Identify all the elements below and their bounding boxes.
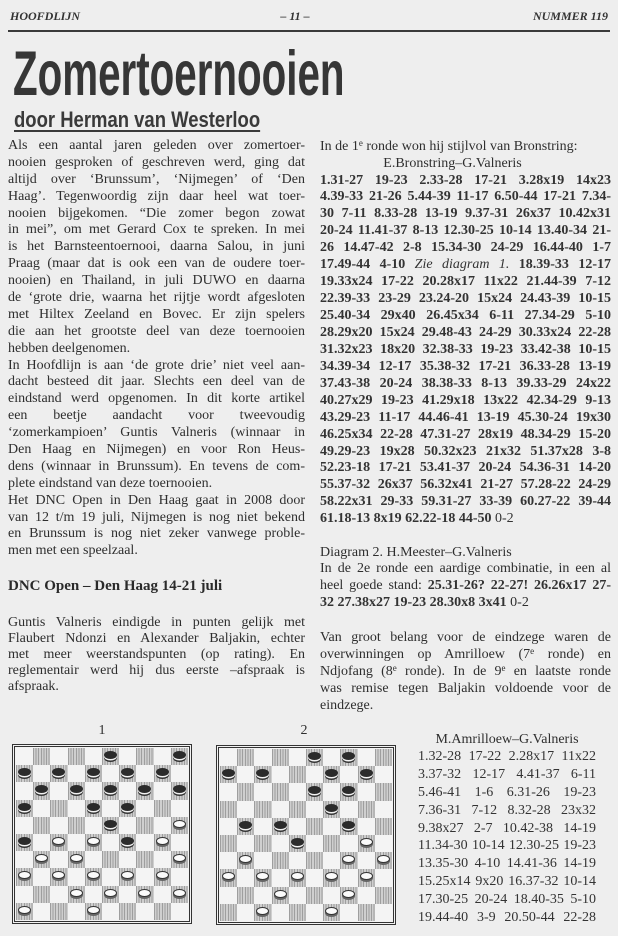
light-square <box>136 868 153 885</box>
move-cell: 2-7 <box>474 821 493 836</box>
dark-square <box>306 887 323 904</box>
white-piece <box>222 872 235 880</box>
light-square <box>102 800 119 817</box>
move-cell: 14-19 <box>563 821 596 836</box>
light-square <box>136 765 153 782</box>
light-square <box>50 851 67 868</box>
dark-square <box>289 904 306 921</box>
move-cell: 5-10 <box>570 892 596 907</box>
text-line: reglementair werd hij dus eerste –afspra… <box>8 663 305 679</box>
white-piece <box>274 890 287 898</box>
dark-square <box>33 782 50 799</box>
white-piece <box>360 838 373 846</box>
summary-paragraph: Van groot belang voor de eindzege waren … <box>320 629 611 714</box>
text-line: dacht besteed dit jaar. Slechts een deel… <box>8 374 305 391</box>
text-line: heel goede stand: 25.31-26? 22-27! 26.26… <box>320 578 611 595</box>
game2-moves-table: 1.32-28 17-22 2.28x17 11x22 3.37-32 12-1… <box>418 748 596 927</box>
move-cell: 18.40-35 <box>514 892 564 907</box>
dark-square <box>154 765 171 782</box>
game-result: 0-2 <box>507 595 529 610</box>
diagram-reference: Zie diagram 1. <box>415 257 510 272</box>
light-square <box>358 852 375 869</box>
light-square <box>119 851 136 868</box>
diagram-2-label: 2 <box>294 723 314 739</box>
article-byline: door Herman van Westerloo <box>14 109 260 131</box>
dark-square <box>171 851 188 868</box>
text-fragment: ronde). In de 9 <box>397 664 502 679</box>
light-square <box>154 782 171 799</box>
moves-line: 55.37-32 26x37 56.32x41 21-27 57.28-22 2… <box>320 477 611 494</box>
moves-fragment: 32 27.38x27 19-23 28.30x8 3x41 <box>320 595 507 610</box>
light-square <box>289 749 306 766</box>
light-square <box>358 783 375 800</box>
light-square <box>340 801 357 818</box>
light-square <box>340 835 357 852</box>
move-cell: 11.34-30 <box>418 838 468 853</box>
moves-row: 5.46-41 1-6 6.31-26 19-23 <box>418 784 596 802</box>
move-cell: 2.28x17 <box>509 749 555 764</box>
text-line: Flaubert Ndonzi en Alexander Baljakin, e… <box>8 631 305 647</box>
move-cell: 7-12 <box>472 803 498 818</box>
move-cell: 3.37-32 <box>418 767 461 782</box>
text-fragment: overwinningen op Amrilloew (7 <box>320 647 530 662</box>
light-square <box>358 887 375 904</box>
game2-title: M.Amrilloew–G.Valneris <box>418 731 596 749</box>
light-square <box>340 766 357 783</box>
white-piece <box>70 854 83 862</box>
light-square <box>323 749 340 766</box>
text-line: is het Barnsteentoernooi, daarna Salou, … <box>8 239 305 256</box>
moves-line: 25.40-34 29x40 26.45x34 6-11 27.34-29 5-… <box>320 308 611 325</box>
black-piece <box>308 752 321 760</box>
game-result: 0-2 <box>492 511 514 526</box>
white-piece <box>173 820 186 828</box>
black-piece <box>18 837 31 845</box>
page-number: – 11 – <box>265 9 325 23</box>
text-fragment: heel goede stand: <box>320 578 428 593</box>
light-square <box>306 835 323 852</box>
moves-line: 34.39-34 12-17 35.38-32 17-21 36.33-28 1… <box>320 359 611 376</box>
moves-fragment: 17.49-44 4-10 <box>320 257 415 272</box>
dark-square <box>33 748 50 765</box>
game1-intro: In de 1e ronde won hij stijlvol van Bron… <box>320 139 611 156</box>
diagram2-commentary: Diagram 2. H.Meester–G.Valneris In de 2e… <box>320 545 611 612</box>
move-cell: 15.25x14 <box>418 874 471 889</box>
text-line: Praag (maar dat is ook een van de oudere… <box>8 256 305 273</box>
text-line: eindstand werd opgenomen. In dit korte a… <box>8 391 305 408</box>
dark-square <box>254 869 271 886</box>
moves-row: 17.30-25 20-24 18.40-35 5-10 <box>418 891 596 909</box>
black-piece <box>325 804 338 812</box>
text-line: en Brunssum is nog niet zeker vanwege pr… <box>8 526 305 543</box>
game1-moves: 1.31-27 19-23 2.33-28 17-21 3.28x19 14x2… <box>320 173 611 529</box>
light-square <box>85 851 102 868</box>
black-piece <box>173 785 186 793</box>
section-heading: DNC Open – Den Haag 14-21 juli <box>8 577 305 595</box>
white-piece <box>87 871 100 879</box>
black-piece <box>138 785 151 793</box>
dark-square <box>16 800 33 817</box>
text-line: ‘zomerkampioen’ Guntis Valneris (winnaar… <box>8 425 305 442</box>
dark-square <box>68 748 85 765</box>
text-line: Diagram 2. H.Meester–G.Valneris <box>320 545 611 562</box>
light-square <box>323 818 340 835</box>
light-square <box>154 748 171 765</box>
dark-square <box>16 868 33 885</box>
light-square <box>323 783 340 800</box>
light-square <box>375 904 392 921</box>
light-square <box>85 748 102 765</box>
section-paragraph: Guntis Valneris eindigde in punten gelij… <box>8 615 305 695</box>
dark-square <box>237 818 254 835</box>
dark-square <box>237 887 254 904</box>
light-square <box>171 834 188 851</box>
light-square <box>171 800 188 817</box>
light-square <box>272 801 289 818</box>
move-cell: 22-28 <box>563 910 596 925</box>
moves-row: 11.34-30 10-14 12.30-25 19-23 <box>418 837 596 855</box>
move-cell: 12-17 <box>472 767 505 782</box>
dark-square <box>119 903 136 920</box>
dark-square <box>340 749 357 766</box>
light-square <box>289 783 306 800</box>
light-square <box>68 765 85 782</box>
light-square <box>306 869 323 886</box>
black-piece <box>70 785 83 793</box>
moves-line: 26 14.47-42 2-8 15.34-30 24-29 16.44-40 … <box>320 240 611 257</box>
white-piece <box>256 907 269 915</box>
dark-square <box>85 800 102 817</box>
dark-square <box>171 748 188 765</box>
moves-line: 61.18-13 8x19 62.22-18 44-50 0-2 <box>320 511 611 528</box>
light-square <box>323 887 340 904</box>
text-line: dens (winnaar in Brunssum). En tevens de… <box>8 459 305 476</box>
dark-square <box>375 852 392 869</box>
white-piece <box>18 906 31 914</box>
light-square <box>16 782 33 799</box>
light-square <box>102 903 119 920</box>
white-piece <box>360 872 373 880</box>
black-piece <box>360 769 373 777</box>
black-piece <box>35 785 48 793</box>
move-cell: 10.42-38 <box>503 821 553 836</box>
dark-square <box>358 904 375 921</box>
light-square <box>68 868 85 885</box>
light-square <box>340 869 357 886</box>
dark-square <box>85 868 102 885</box>
light-square <box>85 782 102 799</box>
move-cell: 1.32-28 <box>418 749 461 764</box>
moves-line: 30 7-11 8.33-28 13-19 9.37-31 26x37 10.4… <box>320 206 611 223</box>
text-line: overwinningen op Amrilloew (7e ronde) en <box>320 646 611 663</box>
white-piece <box>291 872 304 880</box>
dark-square <box>50 800 67 817</box>
dark-square <box>85 834 102 851</box>
move-cell: 11x22 <box>562 749 596 764</box>
dark-square <box>340 783 357 800</box>
light-square <box>358 749 375 766</box>
white-piece <box>18 871 31 879</box>
move-cell: 8.32-28 <box>508 803 551 818</box>
moves-line: 1.31-27 19-23 2.33-28 17-21 3.28x19 14x2… <box>320 173 611 190</box>
text-line: Het DNC Open in Den Haag gaat in 2008 do… <box>8 493 305 510</box>
moves-line: 37.43-38 20-24 38.38-33 8-13 39.33-29 24… <box>320 376 611 393</box>
text-line: altijd over ‘Brunssum’, ‘Nijmegen’ of ‘D… <box>8 172 305 189</box>
dark-square <box>375 749 392 766</box>
light-square <box>375 766 392 783</box>
white-piece <box>87 906 100 914</box>
black-piece <box>222 769 235 777</box>
light-square <box>33 868 50 885</box>
dark-square <box>220 904 237 921</box>
light-square <box>237 801 254 818</box>
moves-row: 3.37-32 12-17 4.41-37 6-11 <box>418 766 596 784</box>
light-square <box>136 903 153 920</box>
dark-square <box>136 817 153 834</box>
move-cell: 17-22 <box>469 749 502 764</box>
dark-square <box>136 748 153 765</box>
white-piece <box>104 889 117 897</box>
black-piece <box>308 786 321 794</box>
move-cell: 14-19 <box>563 856 596 871</box>
black-piece <box>121 768 134 776</box>
light-square <box>102 765 119 782</box>
moves-line: 46.25x34 22-28 47.31-27 28x19 48.34-29 1… <box>320 427 611 444</box>
publication-name: HOOFDLIJN <box>10 9 80 23</box>
dark-square <box>358 766 375 783</box>
dark-square <box>16 765 33 782</box>
white-piece <box>87 837 100 845</box>
move-cell: 4-10 <box>475 856 501 871</box>
moves-line: 58.22x31 29-33 59.31-27 33-39 60.27-22 3… <box>320 494 611 511</box>
light-square <box>68 903 85 920</box>
black-piece <box>239 821 252 829</box>
light-square <box>85 817 102 834</box>
black-piece <box>87 803 100 811</box>
moves-line: 4.39-33 21-26 5.44-39 11-17 6.50-44 17-2… <box>320 189 611 206</box>
black-piece <box>104 751 117 759</box>
light-square <box>254 783 271 800</box>
white-piece <box>173 889 186 897</box>
dark-square <box>272 818 289 835</box>
text-line: Ndjofang (8e ronde). In de 9e en laatste… <box>320 663 611 680</box>
light-square <box>375 801 392 818</box>
dark-square <box>340 818 357 835</box>
white-piece <box>325 872 338 880</box>
dark-square <box>323 869 340 886</box>
black-piece <box>274 821 287 829</box>
text-line: van 12 t/m 19 juli, Nijmegen is nog niet… <box>8 510 305 527</box>
light-square <box>33 800 50 817</box>
moves-line: 40.27x29 19-23 41.29x18 13x22 42.34-29 9… <box>320 393 611 410</box>
move-cell: 14.41-36 <box>507 856 557 871</box>
light-square <box>375 835 392 852</box>
dark-square <box>220 869 237 886</box>
dark-square <box>289 801 306 818</box>
move-cell: 19.44-40 <box>418 910 468 925</box>
moves-row: 7.36-31 7-12 8.32-28 23x32 <box>418 802 596 820</box>
white-piece <box>342 890 355 898</box>
dark-square <box>33 817 50 834</box>
header-divider <box>8 30 610 32</box>
white-piece <box>325 907 338 915</box>
dark-square <box>272 887 289 904</box>
light-square <box>68 834 85 851</box>
light-square <box>306 801 323 818</box>
light-square <box>220 749 237 766</box>
dark-square <box>102 817 119 834</box>
dark-square <box>323 801 340 818</box>
dark-square <box>171 817 188 834</box>
moves-row: 15.25x14 9x20 16.37-32 10-14 <box>418 873 596 891</box>
light-square <box>154 817 171 834</box>
dark-square <box>50 765 67 782</box>
white-piece <box>35 854 48 862</box>
dark-square <box>237 852 254 869</box>
move-cell: 16.37-32 <box>508 874 558 889</box>
text-line: men met een speelzaal. <box>8 543 305 560</box>
light-square <box>171 903 188 920</box>
move-cell: 9.38x27 <box>418 821 464 836</box>
dark-square <box>323 904 340 921</box>
light-square <box>16 748 33 765</box>
light-square <box>154 851 171 868</box>
light-square <box>306 904 323 921</box>
white-piece <box>256 872 269 880</box>
dark-square <box>254 835 271 852</box>
game1-title: E.Bronstring–G.Valneris <box>320 155 585 172</box>
moves-row: 1.32-28 17-22 2.28x17 11x22 <box>418 748 596 766</box>
dark-square <box>119 765 136 782</box>
light-square <box>33 765 50 782</box>
dark-square <box>358 801 375 818</box>
light-square <box>254 818 271 835</box>
dark-square <box>375 887 392 904</box>
white-piece <box>377 855 390 863</box>
move-cell: 13.35-30 <box>418 856 468 871</box>
dark-square <box>220 766 237 783</box>
light-square <box>102 834 119 851</box>
light-square <box>171 868 188 885</box>
dark-square <box>289 766 306 783</box>
white-piece <box>156 837 169 845</box>
black-piece <box>121 837 134 845</box>
dark-square <box>68 782 85 799</box>
text-line: In de 1e ronde won hij stijlvol van Bron… <box>320 139 611 156</box>
light-square <box>306 766 323 783</box>
light-square <box>50 748 67 765</box>
move-cell: 12.30-25 <box>509 838 559 853</box>
light-square <box>254 852 271 869</box>
text-line: nooien) en Thailand, in juli DUWO en daa… <box>8 273 305 290</box>
dark-square <box>272 852 289 869</box>
move-cell: 3-9 <box>477 910 496 925</box>
text-fragment: ronde won hij stijlvol van Bronstring: <box>363 139 578 154</box>
white-piece <box>173 854 186 862</box>
black-piece <box>104 785 117 793</box>
light-square <box>33 834 50 851</box>
move-cell: 10-14 <box>563 874 596 889</box>
dark-square <box>33 851 50 868</box>
black-piece <box>18 803 31 811</box>
black-piece <box>325 769 338 777</box>
white-piece <box>342 855 355 863</box>
move-cell: 7.36-31 <box>418 803 461 818</box>
dark-square <box>68 886 85 903</box>
text-fragment: ronde) en <box>534 647 611 662</box>
dark-square <box>254 766 271 783</box>
dark-square <box>358 869 375 886</box>
light-square <box>340 904 357 921</box>
white-piece <box>52 837 65 845</box>
black-piece <box>52 768 65 776</box>
move-cell: 1-6 <box>475 785 494 800</box>
light-square <box>171 765 188 782</box>
dark-square <box>375 783 392 800</box>
moves-line: 52.23-18 17-21 53.41-37 20-24 54.36-31 1… <box>320 460 611 477</box>
dark-square <box>289 835 306 852</box>
light-square <box>16 817 33 834</box>
text-line: 32 27.38x27 19-23 28.30x8 3x41 0-2 <box>320 595 611 612</box>
moves-line: 49.29-23 19x28 50.32x23 21x32 51.37x28 3… <box>320 444 611 461</box>
light-square <box>289 887 306 904</box>
dark-square <box>323 835 340 852</box>
dark-square <box>340 852 357 869</box>
dark-square <box>136 782 153 799</box>
dark-square <box>102 851 119 868</box>
text-line: nooien gesproken of geschreven werd, gin… <box>8 155 305 172</box>
dark-square <box>136 886 153 903</box>
dark-square <box>323 766 340 783</box>
text-line: in mei”, om met Gerard Cox te spreken. I… <box>8 222 305 239</box>
light-square <box>220 887 237 904</box>
dark-square <box>16 834 33 851</box>
light-square <box>358 818 375 835</box>
moves-line: 43.29-23 11-17 44.46-41 13-19 45.30-24 1… <box>320 410 611 427</box>
text-line: afspraak. <box>8 679 305 695</box>
text-line: was remise tegen Baljakin voldoende voor… <box>320 680 611 697</box>
move-cell: 10-14 <box>472 838 505 853</box>
light-square <box>323 852 340 869</box>
move-cell: 6-11 <box>571 767 596 782</box>
light-square <box>154 886 171 903</box>
moves-fragment: 61.18-13 8x19 62.22-18 44-50 <box>320 511 492 526</box>
text-line: met meer weerstandspunten (op rating). E… <box>8 647 305 663</box>
light-square <box>50 886 67 903</box>
black-piece <box>121 803 134 811</box>
black-piece <box>156 768 169 776</box>
white-piece <box>52 871 65 879</box>
dark-square <box>154 903 171 920</box>
light-square <box>272 869 289 886</box>
dark-square <box>254 904 271 921</box>
moves-line: 28.29x20 15x24 29.48-43 24-29 30.33x24 2… <box>320 325 611 342</box>
text-fragment: In de 1 <box>320 139 359 154</box>
dark-square <box>136 851 153 868</box>
text-line: met Hiltex Zeeland en Bovec. Er zijn spe… <box>8 307 305 324</box>
black-piece <box>342 821 355 829</box>
text-line: Haag’. Tegenwoordig zijn daar heel wat t… <box>8 189 305 206</box>
move-cell: 20-24 <box>475 892 508 907</box>
dark-square <box>50 903 67 920</box>
white-piece <box>138 889 151 897</box>
dark-square <box>102 748 119 765</box>
draughts-board-diagram-1 <box>12 744 192 924</box>
text-line: eindzege. <box>320 697 611 714</box>
text-line: de ‘grote drie, waarna het rijtje wordt … <box>8 290 305 307</box>
dark-square <box>85 765 102 782</box>
move-cell: 19-23 <box>563 785 596 800</box>
